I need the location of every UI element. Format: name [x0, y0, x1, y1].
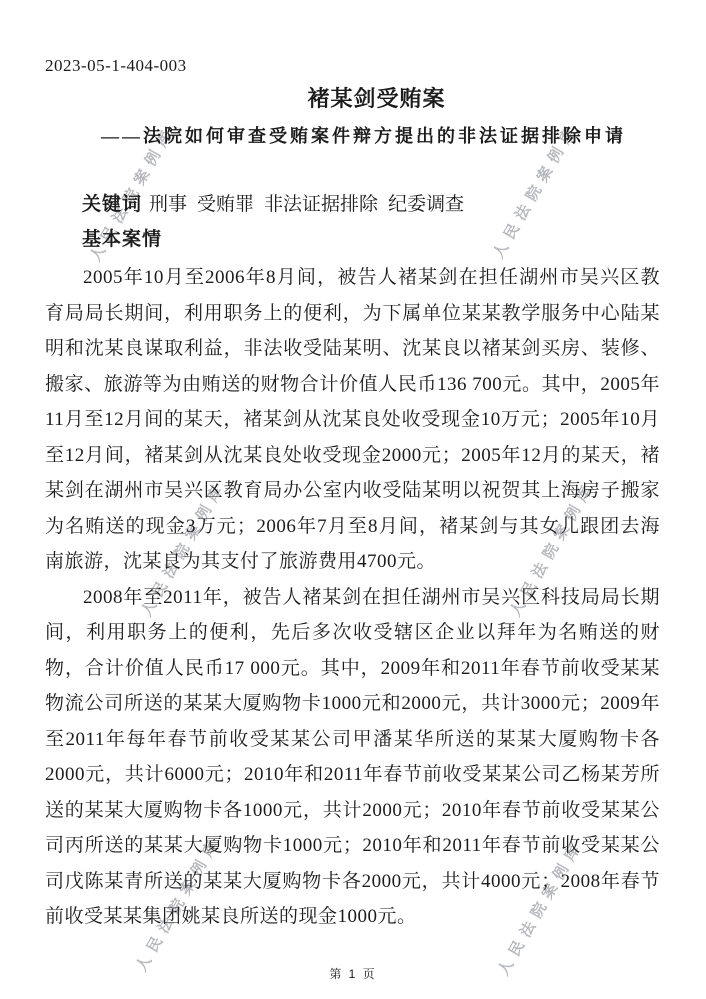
- case-facts-paragraph-2: 2008年至2011年，被告人褚某剑在担任湖州市吴兴区科技局局长期间，利用职务上…: [45, 580, 660, 935]
- keyword-term: 纪委调查: [388, 194, 464, 215]
- case-title: 褚某剑受贿案: [45, 85, 660, 113]
- doc-number: 2023-05-1-404-003: [45, 55, 660, 77]
- case-subtitle: ——法院如何审查受贿案件辩方提出的非法证据排除申请: [45, 124, 660, 149]
- keyword-term: 受贿罪: [197, 194, 254, 215]
- document-page: 人民法院案例库 人民法院案例库 人民法院案例库 人民法院案例库 人民法院案例库 …: [0, 0, 706, 999]
- keywords-line: 关键词刑事受贿罪非法证据排除纪委调查: [45, 192, 660, 218]
- page-footer: 第 1 页: [0, 967, 706, 981]
- section-body: 2005年10月至2006年8月间，被告人褚某剑在担任湖州市吴兴区教育局局长期间…: [45, 260, 660, 935]
- section-heading-basic-facts: 基本案情: [45, 227, 660, 253]
- keyword-term: 刑事: [149, 194, 187, 215]
- keyword-term: 非法证据排除: [264, 194, 378, 215]
- keywords-label: 关键词: [82, 194, 142, 215]
- case-facts-paragraph-1: 2005年10月至2006年8月间，被告人褚某剑在担任湖州市吴兴区教育局局长期间…: [45, 260, 660, 580]
- document-content: 2023-05-1-404-003 褚某剑受贿案 ——法院如何审查受贿案件辩方提…: [0, 0, 706, 935]
